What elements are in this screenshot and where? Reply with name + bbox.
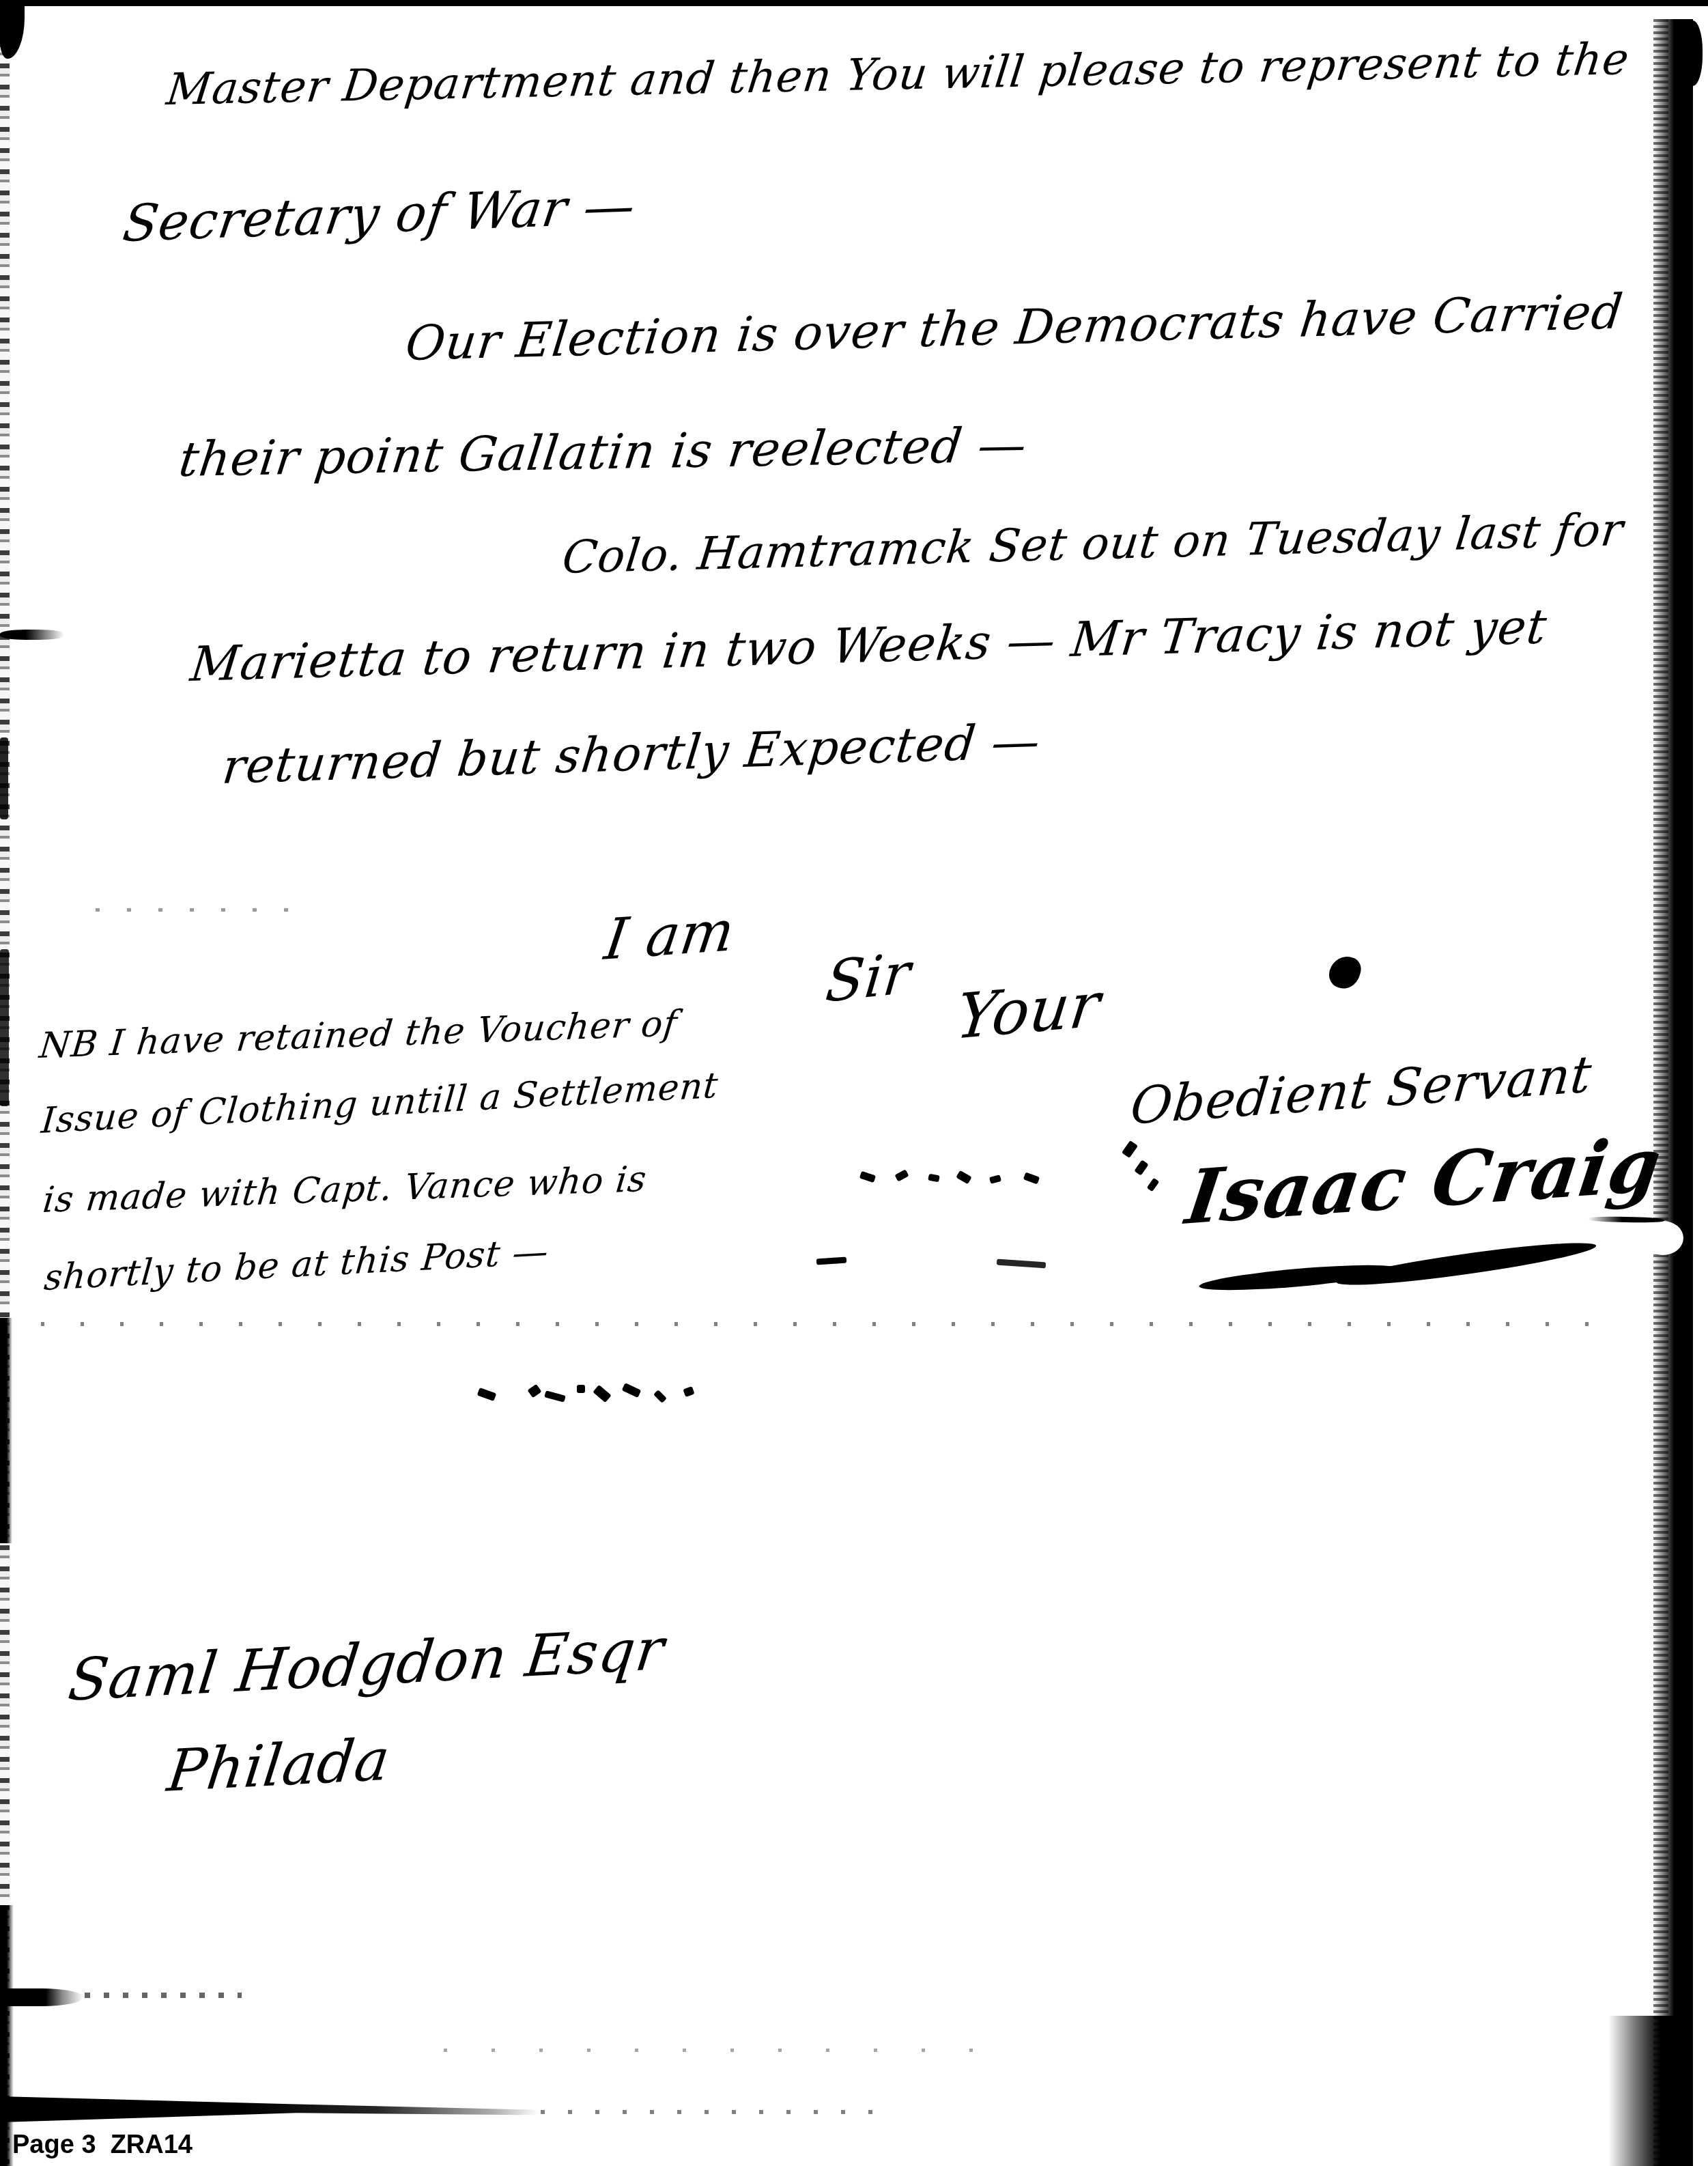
scan-artifact-top-edge xyxy=(0,0,1708,6)
ink-speckle xyxy=(894,1169,909,1181)
letter-line: returned but shortly Expected — xyxy=(220,713,1043,795)
scan-artifact-right-crease xyxy=(1588,1216,1664,1223)
faint-speckle-row-postscript xyxy=(96,908,300,912)
letter-line: Marietta to return in two Weeks — Mr Tra… xyxy=(188,598,1550,692)
signature-flourish xyxy=(1198,1260,1398,1295)
scan-artifact-bottom-speckles xyxy=(541,2110,896,2114)
ink-speckle xyxy=(997,1258,1046,1268)
closing-sir: Sir xyxy=(823,940,914,1015)
ink-speckle xyxy=(527,1384,541,1398)
ink-speckle xyxy=(928,1174,939,1183)
scan-artifact-left-crease-1 xyxy=(0,630,64,640)
letter-line: Secretary of War — xyxy=(119,176,639,253)
ink-speckle xyxy=(1134,1159,1148,1175)
letter-line: Colo. Hamtramck Set out on Tuesday last … xyxy=(560,503,1626,584)
scan-artifact-left-strip xyxy=(0,0,10,2166)
ink-blot-under-your xyxy=(1326,952,1365,992)
ink-speckle xyxy=(653,1390,667,1403)
postscript-line: Issue of Clothing untill a Settlement xyxy=(40,1065,720,1142)
scan-artifact-top-left-blob xyxy=(0,0,25,59)
ink-speckle xyxy=(1147,1178,1160,1192)
letter-line: their point Gallatin is reelected — xyxy=(176,417,1030,488)
letter-line: Our Election is over the Democrats have … xyxy=(403,283,1626,371)
ink-speckle xyxy=(593,1385,611,1403)
ink-speckle xyxy=(859,1171,876,1183)
postscript-line: shortly to be at this Post — xyxy=(42,1231,550,1299)
signature-isaac-craig: Isaac Craig xyxy=(1181,1121,1666,1241)
address-line: Saml Hodgdon Esqr xyxy=(65,1616,668,1714)
ink-speckle xyxy=(683,1386,694,1397)
ink-speckle xyxy=(622,1383,642,1398)
scan-artifact-right-streak xyxy=(1653,19,1693,2166)
scan-artifact-right-bottom-bulge xyxy=(1608,2016,1693,2166)
scan-artifact-bottom-streak xyxy=(0,2096,539,2122)
letter-line: Master Department and then You will plea… xyxy=(164,34,1632,115)
ink-speckle xyxy=(989,1175,1001,1184)
scan-artifact-fold-dotted-line xyxy=(41,1322,1591,1326)
ink-speckle xyxy=(477,1388,497,1401)
letter-scan-page: Master Department and then You will plea… xyxy=(0,0,1708,2166)
scan-artifact-left-seg-1 xyxy=(0,737,8,819)
closing-obedient-servant: Obedient Servant xyxy=(1128,1045,1595,1136)
ink-speckle xyxy=(1122,1140,1138,1158)
scan-artifact-left-crease-2-speckles xyxy=(85,1993,242,1998)
signature-flourish xyxy=(1335,1235,1597,1292)
ink-speckle xyxy=(544,1390,566,1402)
postscript-line: is made with Capt. Vance who is xyxy=(41,1159,649,1221)
closing-your: Your xyxy=(952,968,1105,1054)
scan-artifact-left-seg-2 xyxy=(0,949,9,1106)
page-footer-label: Page 3 ZRA14 xyxy=(12,2130,193,2160)
scan-artifact-left-crease-2 xyxy=(0,1988,83,2006)
ink-speckle xyxy=(816,1256,847,1265)
postscript-line: NB I have retained the Voucher of xyxy=(38,1003,679,1067)
ink-speckle xyxy=(1023,1172,1040,1185)
faint-speckle-row-bottom xyxy=(444,2049,990,2052)
closing-i-am: I am xyxy=(601,899,739,973)
scan-artifact-right-top-blob xyxy=(1681,20,1703,86)
address-line: Philada xyxy=(164,1726,394,1805)
scan-artifact-left-seg-3 xyxy=(0,1318,12,1543)
scan-artifact-left-seg-4 xyxy=(0,1905,14,2166)
ink-speckle xyxy=(577,1385,585,1393)
ink-speckle xyxy=(956,1170,971,1184)
scan-artifact-right-notch xyxy=(1642,1221,1683,1255)
